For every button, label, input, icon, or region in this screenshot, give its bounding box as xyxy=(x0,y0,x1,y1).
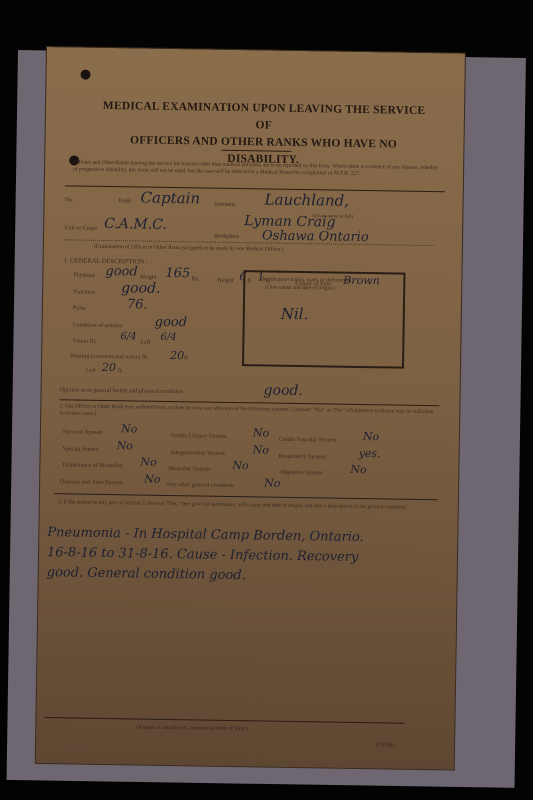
unit-value: C.A.M.C. xyxy=(104,216,167,233)
title-line-1: MEDICAL EXAMINATION UPON LEAVING THE SER… xyxy=(94,98,434,137)
genito-label: Genito Urinary System xyxy=(171,433,227,440)
id-marks-value: Nil. xyxy=(281,305,309,323)
nutrition-value: good. xyxy=(121,280,160,297)
osseous-value: No xyxy=(144,473,160,486)
other-condition-label: Any other general condition xyxy=(166,482,234,489)
footer-note: (If space is insufficient, continue on b… xyxy=(136,725,248,733)
surname-value: Lauchland, xyxy=(264,190,349,209)
id-marks-sublabel: (Give cause and date of origin.) xyxy=(265,284,335,291)
respiratory-value: yes. xyxy=(359,447,381,460)
special-senses-label: Special Senses xyxy=(63,446,99,453)
opinion-label: Opinion as to general health and physica… xyxy=(60,387,184,395)
vision-right-value: 6/4 xyxy=(120,331,136,342)
nervous-value: No xyxy=(121,422,137,435)
muscular-value: No xyxy=(232,459,248,472)
identification-marks-box: Identification marks, scars, or deformit… xyxy=(242,270,405,369)
cardio-label: Cardio Vascular System xyxy=(279,437,337,444)
opinion-value: good. xyxy=(263,382,302,399)
arteries-value: good xyxy=(155,315,188,331)
mentality-label: Disturbance of Mentality xyxy=(62,462,122,469)
vision-left-value: 6/4 xyxy=(160,332,176,343)
vision-right-label: Vision Rt. xyxy=(72,338,96,344)
arteries-label: Condition of arteries xyxy=(73,322,123,329)
hearing-right-value: 20 xyxy=(170,349,184,362)
exam-note: (Examination of Officer or Other Rank (s… xyxy=(94,244,284,253)
rank-value: Captain xyxy=(140,189,200,208)
section3-question: 3. If the answer to any part of Section … xyxy=(58,499,438,512)
muscular-label: Muscular System xyxy=(168,466,210,473)
hearing-left-value: 20 xyxy=(102,361,116,374)
weight-unit: lbs. xyxy=(191,276,200,282)
footer-divider xyxy=(44,717,404,724)
no-label: No. xyxy=(65,197,74,203)
section-divider xyxy=(65,185,445,192)
over-marker: [OVER] xyxy=(376,742,395,748)
other-condition-value: No xyxy=(264,476,280,489)
pulse-label: Pulse xyxy=(73,305,86,311)
pulse-value: 76. xyxy=(127,297,148,312)
physique-label: Physique xyxy=(73,272,95,278)
weight-value: 165 xyxy=(165,266,190,281)
digestive-value: No xyxy=(350,463,366,476)
respiratory-label: Respiratory System xyxy=(279,454,326,461)
section2-question: 2. Has Officer or Other Rank ever suffer… xyxy=(59,403,439,423)
ft-unit: ft. xyxy=(184,355,189,361)
height-label: Height xyxy=(217,278,233,284)
birthplace-label: Birthplace xyxy=(214,234,239,240)
medical-form-document: MEDICAL EXAMINATION UPON LEAVING THE SER… xyxy=(35,46,466,771)
id-marks-label: Identification marks, scars, or deformit… xyxy=(259,276,352,283)
nutrition-label: Nutrition xyxy=(73,289,95,295)
genito-value: No xyxy=(253,426,269,439)
integumentary-label: Integumentary System xyxy=(171,450,225,457)
integumentary-value: No xyxy=(253,443,269,456)
hearing-left-label: Left xyxy=(86,368,96,374)
mentality-value: No xyxy=(140,456,156,469)
cardio-value: No xyxy=(363,430,379,443)
physique-value: good xyxy=(105,264,138,280)
surname-label: Surname xyxy=(214,202,235,208)
punch-hole xyxy=(80,70,90,80)
vision-left-label: Left xyxy=(140,340,150,346)
handwritten-notes: Pneumonia - In Hospital Camp Borden, Ont… xyxy=(47,523,448,589)
osseous-label: Osseous and Joint System xyxy=(60,479,123,486)
rank-label: Rank xyxy=(119,198,132,204)
unit-label: Unit or Corps xyxy=(64,225,97,232)
nervous-label: Nervous System xyxy=(63,429,103,436)
digestive-label: Digestive System xyxy=(280,470,322,477)
hearing-right-label: Hearing (conventional voice) Rt. xyxy=(70,353,149,360)
ft-unit: ft. xyxy=(118,368,123,374)
special-senses-value: No xyxy=(117,439,133,452)
